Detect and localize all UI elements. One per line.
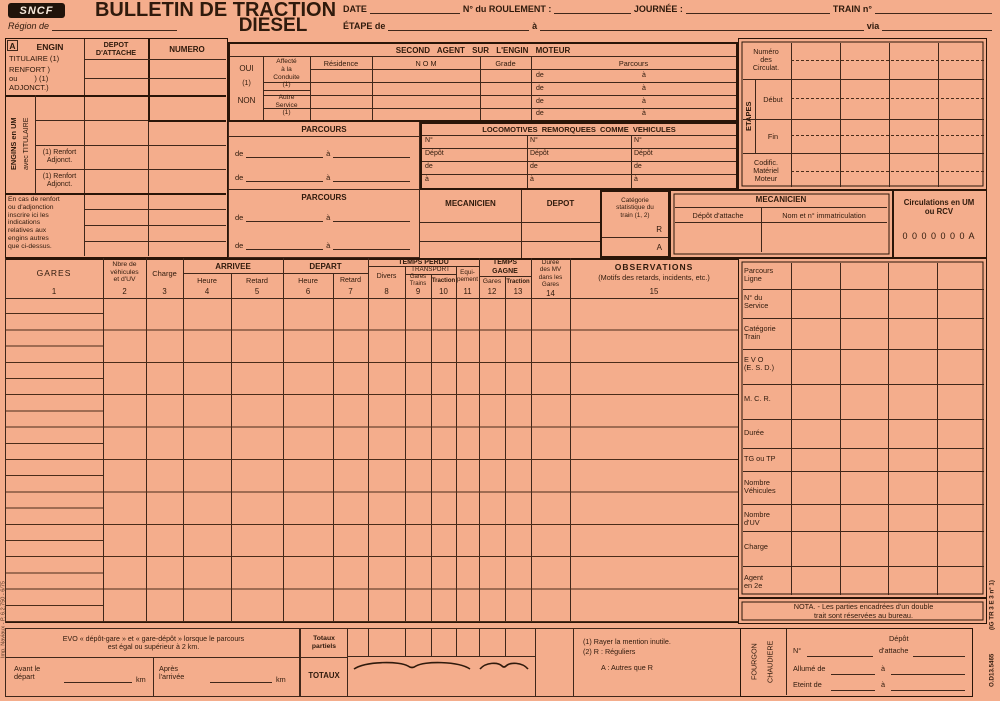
fill-line bbox=[333, 240, 410, 250]
col-heure-header: Heure bbox=[283, 273, 333, 287]
col-number: 5 bbox=[231, 286, 283, 297]
totaux-cell: Totaux partiels TOTAUX bbox=[300, 628, 348, 697]
divider bbox=[675, 222, 887, 223]
journee-line bbox=[686, 4, 830, 14]
fill-line bbox=[913, 656, 965, 657]
a-label: à bbox=[326, 149, 330, 158]
panel-etapes: Numéro des Circulat. ETAPES Début Fin Co… bbox=[738, 38, 987, 190]
divider bbox=[743, 566, 984, 567]
loco-depot-label: Dépôt bbox=[425, 150, 444, 157]
region-label: Région de bbox=[8, 21, 49, 31]
col-number: 7 bbox=[333, 286, 368, 297]
divider bbox=[937, 263, 938, 595]
divider bbox=[743, 419, 984, 420]
circulations-label: Circulations en UM ou RCV bbox=[896, 197, 982, 219]
divider bbox=[889, 43, 890, 187]
evo-note: EVO « dépôt-gare » et « gare-dépôt » lor… bbox=[10, 632, 297, 654]
col-depart-header: DEPART bbox=[283, 260, 368, 273]
fill-line bbox=[333, 148, 410, 158]
col-number: 12 bbox=[479, 286, 505, 297]
divider bbox=[148, 120, 226, 122]
footnote-1-label: (1) bbox=[230, 78, 263, 88]
divider bbox=[368, 628, 369, 656]
date-line bbox=[370, 4, 460, 14]
etape-label: ÉTAPE de bbox=[343, 21, 385, 31]
loco-no-label: N° bbox=[530, 137, 538, 144]
divider bbox=[840, 263, 841, 595]
divider bbox=[602, 237, 668, 238]
loco-depot-label: Dépôt bbox=[634, 150, 653, 157]
form-code: O.D13.5465 bbox=[986, 646, 998, 694]
divider bbox=[743, 349, 984, 350]
col-duree-mv-header: Durée des MV dans les Gares bbox=[531, 258, 570, 289]
a-label: à bbox=[642, 110, 646, 117]
divider bbox=[420, 241, 600, 242]
divider bbox=[573, 628, 574, 697]
renfort-label: ADJONCT.) bbox=[9, 83, 49, 92]
depot-attache-header: DEPOT D'ATTACHE bbox=[84, 39, 148, 59]
form-reference: (IG TR 3 E 3 n° 1) bbox=[986, 566, 998, 644]
row-label-charge: Charge bbox=[744, 543, 790, 551]
de-label: de bbox=[634, 163, 642, 170]
divider bbox=[535, 628, 536, 697]
avant-depart-label: Avant le départ bbox=[14, 665, 62, 682]
dattache-label: d'attache bbox=[879, 646, 908, 655]
roulement-line bbox=[554, 4, 630, 14]
mecanicien-depot-header: Dépôt d'attache bbox=[675, 208, 761, 222]
col-number: 4 bbox=[183, 286, 231, 297]
col-number: 1 bbox=[5, 286, 103, 297]
totaux-label: TOTAUX bbox=[301, 669, 347, 681]
col-number: 9 bbox=[405, 286, 431, 297]
divider bbox=[422, 174, 736, 175]
divider bbox=[422, 135, 736, 136]
parcours-row: de à bbox=[235, 148, 413, 158]
a-label: à bbox=[326, 213, 330, 222]
nom-header: N O M bbox=[372, 57, 480, 69]
footnote-2b: A : Autres que R bbox=[601, 663, 653, 672]
col-observations-subheader: (Motifs des retards, incidents, etc.) bbox=[570, 272, 738, 283]
panel-parcours-1: PARCOURS de à de à bbox=[228, 122, 420, 190]
date-label: DATE bbox=[343, 4, 367, 14]
divider bbox=[405, 628, 406, 656]
fill-line bbox=[246, 212, 323, 222]
divider bbox=[6, 193, 226, 195]
de-label: de bbox=[536, 85, 544, 92]
col-number: 15 bbox=[570, 286, 738, 297]
parcours-title: PARCOURS bbox=[229, 192, 419, 203]
parcours-row: de à bbox=[235, 172, 413, 182]
roulement-label: N° du ROULEMENT : bbox=[463, 4, 552, 14]
fill-line bbox=[64, 682, 132, 683]
de-label: de bbox=[425, 163, 433, 170]
mecanicien-col-header: MECANICIEN bbox=[421, 197, 520, 209]
row-label-parcours-ligne: Parcours Ligne bbox=[744, 267, 790, 284]
non-label: NON bbox=[230, 94, 263, 106]
divider bbox=[743, 384, 984, 385]
col-number: 3 bbox=[146, 286, 183, 297]
row-label-nombre-uv: Nombre d'UV bbox=[744, 511, 790, 528]
divider bbox=[84, 241, 226, 242]
parcours-row: de à bbox=[235, 240, 413, 250]
table-body-rows bbox=[104, 298, 738, 622]
col-number: 6 bbox=[283, 286, 333, 297]
a-label: à bbox=[642, 85, 646, 92]
renfort-label: RENFORT ) bbox=[9, 65, 50, 74]
col-gares-header: GARES bbox=[5, 262, 103, 284]
fill-line bbox=[831, 690, 875, 691]
divider bbox=[743, 318, 984, 319]
region-line bbox=[52, 21, 177, 31]
a-label: à bbox=[425, 176, 429, 183]
renfort-label: ou ) (1) bbox=[9, 74, 48, 83]
locomotives-title: LOCOMOTIVES REMORQUEES COMME VEHICULES bbox=[422, 124, 736, 135]
col-nbre-header: Nbre de véhicules et d'UV bbox=[103, 259, 146, 286]
panel-locomotives: LOCOMOTIVES REMORQUEES COMME VEHICULES N… bbox=[420, 122, 738, 190]
col-retard-header: Retard bbox=[231, 273, 283, 287]
col-number: 2 bbox=[103, 286, 146, 297]
bulletin-de-traction-form: SNCF BULLETIN DE TRACTION DIESEL Région … bbox=[0, 0, 1000, 701]
a-label: à bbox=[642, 72, 646, 79]
divider bbox=[148, 120, 149, 256]
via-label: via bbox=[867, 21, 880, 31]
a-label: à bbox=[881, 680, 885, 689]
divider bbox=[263, 95, 736, 96]
fourgon-vertical-label: FOURGON bbox=[747, 633, 761, 691]
dashed-guide-line bbox=[791, 171, 984, 172]
header-fields-row2: ÉTAPE de à via bbox=[343, 21, 995, 31]
row-label-nombre-vehicules: Nombre Véhicules bbox=[744, 479, 790, 496]
fill-line bbox=[831, 674, 875, 675]
divider bbox=[938, 43, 939, 187]
a-label: à bbox=[881, 664, 885, 673]
divider bbox=[743, 448, 984, 449]
km-label: km bbox=[136, 675, 146, 684]
col-number: 13 bbox=[505, 286, 531, 297]
col-retard-header: Retard bbox=[333, 273, 368, 287]
row-label-tg-tp: TG ou TP bbox=[744, 455, 790, 463]
second-agent-title: SECOND AGENT SUR L'ENGIN MOTEUR bbox=[230, 44, 736, 56]
numero-header: NUMERO bbox=[148, 39, 226, 59]
divider bbox=[301, 657, 347, 658]
panel-right-bureau: Parcours Ligne N° du Service Catégorie T… bbox=[738, 258, 987, 598]
etape-a-line bbox=[540, 21, 864, 31]
totaux-partiels-label: Totaux partiels bbox=[301, 632, 347, 654]
de-label: de bbox=[235, 213, 243, 222]
divider bbox=[479, 628, 480, 656]
col-heure-header: Heure bbox=[183, 273, 231, 287]
renfort-adjonct-label: (1) Renfort Adjonct. bbox=[36, 146, 83, 168]
divider bbox=[84, 39, 85, 256]
depot-label: Dépôt bbox=[889, 634, 908, 643]
divider bbox=[263, 108, 736, 109]
avec-titulaire-vertical-label: avec TITULAIRE bbox=[20, 96, 33, 192]
fill-line bbox=[333, 212, 410, 222]
de-label: de bbox=[530, 163, 538, 170]
de-label: de bbox=[235, 173, 243, 182]
affecte-conduite-label: Affecté à la Conduite (1) bbox=[263, 57, 310, 90]
divider bbox=[35, 120, 148, 121]
etapes-vertical-label: ETAPES bbox=[742, 80, 755, 152]
parcours-header: Parcours bbox=[531, 57, 736, 69]
panel-mecanicien: MECANICIEN Dépôt d'attache Nom et n° imm… bbox=[670, 190, 893, 258]
categorie-a-label: A bbox=[602, 243, 662, 252]
loco-no-label: N° bbox=[425, 137, 433, 144]
divider bbox=[505, 628, 506, 656]
no-label: N° bbox=[793, 646, 801, 655]
fill-line bbox=[333, 172, 410, 182]
divider bbox=[456, 628, 457, 656]
col-arrivee-header: ARRIVEE bbox=[183, 260, 283, 273]
a-label: à bbox=[326, 241, 330, 250]
renfort-adjonct-label: (1) Renfort Adjonct. bbox=[36, 170, 83, 192]
fill-line bbox=[891, 690, 965, 691]
divider bbox=[888, 263, 889, 595]
autre-service-label: Autre Service (1) bbox=[263, 91, 310, 120]
a-label: à bbox=[634, 176, 638, 183]
divider bbox=[348, 656, 535, 657]
parcours-title: PARCOURS bbox=[229, 124, 419, 135]
printer-imprint: Imp. Naviaux - P. 6.2.750 - 6/75 bbox=[0, 555, 8, 685]
row-label-categorie-train: Catégorie Train bbox=[744, 325, 790, 342]
divider bbox=[420, 222, 600, 223]
dashed-guide-line bbox=[791, 60, 984, 61]
divider bbox=[348, 628, 740, 629]
divider bbox=[791, 43, 792, 187]
header-fields-row1: DATE N° du ROULEMENT : JOURNÉE : TRAIN n… bbox=[343, 4, 995, 14]
divider bbox=[743, 471, 984, 472]
divider bbox=[229, 136, 419, 137]
categorie-label: Catégorie statistique du train (1, 2) bbox=[602, 194, 668, 222]
dashed-guide-line bbox=[791, 135, 984, 136]
row-label-agent-2e: Agent en 2e bbox=[744, 574, 790, 591]
divider bbox=[786, 629, 787, 695]
fin-label: Fin bbox=[755, 119, 791, 153]
fill-line bbox=[246, 240, 323, 250]
divider bbox=[84, 225, 226, 226]
divider bbox=[84, 209, 226, 210]
row-label-evo: E V O (E. S. D.) bbox=[744, 356, 790, 373]
depot-col-header: DEPOT bbox=[522, 197, 599, 209]
divider bbox=[348, 696, 740, 697]
nota-text: NOTA. - Les parties encadrées d'un doubl… bbox=[745, 602, 982, 621]
col-equipement-header: Equi- pement bbox=[456, 266, 479, 286]
etape-a-label: à bbox=[532, 21, 537, 31]
a-label: à bbox=[530, 176, 534, 183]
a-label: à bbox=[642, 98, 646, 105]
de-label: de bbox=[235, 149, 243, 158]
eteint-label: Eteint de bbox=[793, 680, 822, 689]
divider bbox=[263, 82, 736, 83]
mecanicien-title: MECANICIEN bbox=[671, 194, 891, 205]
divider bbox=[153, 657, 154, 696]
chaudiere-vertical-label: CHAUDIERE bbox=[763, 633, 777, 691]
grade-header: Grade bbox=[480, 57, 531, 69]
region-field: Région de bbox=[8, 21, 180, 31]
residence-header: Résidence bbox=[310, 57, 372, 69]
fill-line bbox=[807, 656, 873, 657]
allume-label: Allumé de bbox=[793, 664, 825, 673]
loco-no-label: N° bbox=[634, 137, 642, 144]
circulations-code: 0 0 0 0 0 0 0 A bbox=[896, 229, 982, 243]
col-number: 11 bbox=[456, 286, 479, 297]
footnote-2: (2) R : Réguliers bbox=[583, 647, 635, 656]
fill-line bbox=[246, 148, 323, 158]
de-label: de bbox=[235, 241, 243, 250]
panel-evo: EVO « dépôt-gare » et « gare-dépôt » lor… bbox=[5, 628, 300, 697]
panel-second-agent: SECOND AGENT SUR L'ENGIN MOTEUR OUI (1) … bbox=[228, 42, 738, 122]
divider bbox=[791, 263, 792, 595]
divider bbox=[743, 289, 984, 290]
divider bbox=[84, 59, 226, 60]
fill-line bbox=[246, 172, 323, 182]
fill-line bbox=[210, 682, 272, 683]
de-label: de bbox=[536, 98, 544, 105]
engins-um-vertical-label: ENGINS en UM bbox=[7, 96, 20, 192]
divider bbox=[840, 43, 841, 187]
divider bbox=[422, 148, 736, 149]
panel-fourgon-chaudiere: FOURGON CHAUDIERE Dépôt N° d'attache All… bbox=[740, 628, 973, 697]
totals-brace bbox=[478, 659, 532, 671]
col-number: 10 bbox=[431, 286, 456, 297]
nota-box: NOTA. - Les parties encadrées d'un doubl… bbox=[738, 598, 987, 624]
train-line bbox=[875, 4, 992, 14]
row-label-duree: Durée bbox=[744, 429, 790, 437]
section-a-badge: A bbox=[7, 40, 18, 51]
col-charge-header: Charge bbox=[146, 262, 183, 284]
col-divers-header: Divers bbox=[368, 266, 405, 286]
group-temps-gagne-header: TEMPS GAGNE bbox=[479, 259, 531, 276]
panel-parcours-2: PARCOURS de à de à bbox=[228, 190, 420, 258]
col-number: 14 bbox=[531, 288, 570, 298]
divider bbox=[422, 161, 736, 162]
loco-depot-label: Dépôt bbox=[530, 150, 549, 157]
de-label: de bbox=[536, 72, 544, 79]
debut-label: Début bbox=[755, 79, 791, 119]
col-number: 8 bbox=[368, 286, 405, 297]
titulaire-label: TITULAIRE (1) bbox=[9, 54, 59, 63]
etape-line bbox=[388, 21, 529, 31]
numero-circulations-label: Numéro des Circulat. bbox=[741, 43, 791, 77]
panel-categorie: Catégorie statistique du train (1, 2) R … bbox=[600, 190, 670, 258]
divider bbox=[743, 504, 984, 505]
codific-label: Codific. Matériel Moteur bbox=[741, 153, 791, 189]
mecanicien-nom-header: Nom et n° immatriculation bbox=[761, 208, 887, 222]
categorie-r-label: R bbox=[602, 225, 662, 234]
engin-header: ENGIN bbox=[19, 41, 81, 52]
panel-engin: A ENGIN TITULAIRE (1) RENFORT ) ou ) (1)… bbox=[5, 38, 228, 258]
divider bbox=[431, 628, 432, 656]
train-label: TRAIN n° bbox=[833, 4, 872, 14]
divider bbox=[6, 95, 226, 97]
form-subtitle: DIESEL bbox=[183, 17, 363, 35]
dashed-guide-line bbox=[791, 98, 984, 99]
divider bbox=[84, 78, 226, 79]
apres-arrivee-label: Après l'arrivée bbox=[159, 665, 207, 682]
de-label: de bbox=[536, 110, 544, 117]
a-label: à bbox=[326, 173, 330, 182]
divider bbox=[310, 69, 736, 70]
divider bbox=[743, 531, 984, 532]
sncf-logo: SNCF bbox=[8, 3, 65, 18]
journee-label: JOURNÉE : bbox=[634, 4, 683, 14]
footnote-1: (1) Rayer la mention inutile. bbox=[583, 637, 671, 646]
fill-line bbox=[891, 674, 965, 675]
totals-brace bbox=[352, 659, 472, 671]
oui-label: OUI bbox=[230, 62, 263, 74]
row-label-no-service: N° du Service bbox=[744, 294, 790, 311]
panel-circulations: Circulations en UM ou RCV 0 0 0 0 0 0 0 … bbox=[893, 190, 987, 258]
gares-column-rows bbox=[6, 298, 103, 622]
via-line bbox=[882, 21, 992, 31]
renfort-note: En cas de renfort ou d'adjonction inscri… bbox=[8, 196, 83, 251]
row-label-mcr: M. C. R. bbox=[744, 395, 790, 403]
parcours-row: de à bbox=[235, 212, 413, 222]
km-label: km bbox=[276, 675, 286, 684]
